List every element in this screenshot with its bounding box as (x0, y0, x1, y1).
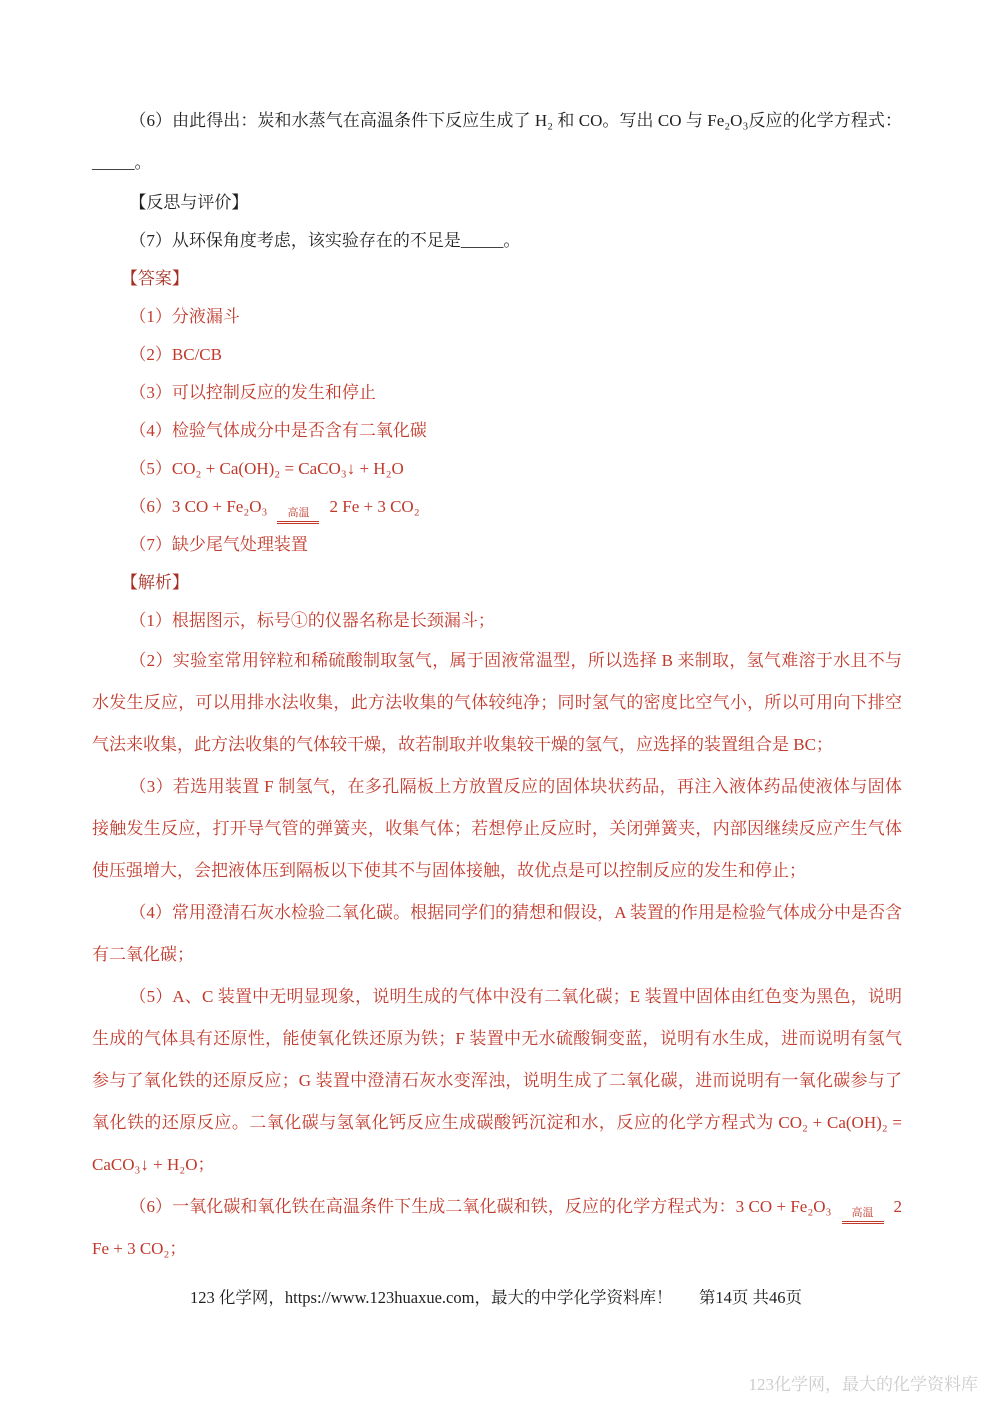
page-footer: 123 化学网，https://www.123huaxue.com，最大的中学化… (0, 1283, 992, 1313)
answer-4: （4）检验气体成分中是否含有二氧化碳 (92, 412, 902, 450)
answer-7: （7）缺少尾气处理装置 (92, 526, 902, 564)
analysis-6-text: （6）一氧化碳和氧化铁在高温条件下生成二氧化碳和铁，反应的化学方程式为：3 CO… (129, 1197, 831, 1216)
condition-label: 高温 (842, 1207, 884, 1224)
analysis-header: 【解析】 (92, 564, 902, 602)
answer-6-equation: （6）3 CO + Fe₂O₃高温2 Fe + 3 CO₂ (92, 488, 902, 526)
page-content: （6）由此得出：炭和水蒸气在高温条件下反应生成了 H₂ 和 CO。写出 CO 与… (92, 100, 902, 1270)
answer-5-equation: （5）CO₂ + Ca(OH)₂ = CaCO₃↓ + H₂O (92, 450, 902, 488)
analysis-6: （6）一氧化碳和氧化铁在高温条件下生成二氧化碳和铁，反应的化学方程式为：3 CO… (92, 1186, 902, 1270)
reflection-evaluation-header: 【反思与评价】 (92, 184, 902, 222)
document-page: （6）由此得出：炭和水蒸气在高温条件下反应生成了 H₂ 和 CO。写出 CO 与… (0, 0, 992, 1403)
answer-section: 【答案】 （1）分液漏斗 （2）BC/CB （3）可以控制反应的发生和停止 （4… (92, 260, 902, 564)
footer-page-number: 第14页 共46页 (699, 1288, 802, 1307)
answer-2: （2）BC/CB (92, 336, 902, 374)
analysis-5: （5）A、C 装置中无明显现象，说明生成的气体中没有二氧化碳；E 装置中固体由红… (92, 976, 902, 1186)
analysis-section: 【解析】 （1）根据图示，标号①的仪器名称是长颈漏斗； （2）实验室常用锌粒和稀… (92, 564, 902, 1270)
equation-right: 2 Fe + 3 CO₂ (329, 497, 419, 516)
analysis-1: （1）根据图示，标号①的仪器名称是长颈漏斗； (92, 602, 902, 640)
analysis-2: （2）实验室常用锌粒和稀硫酸制取氢气，属于固液常温型，所以选择 B 来制取，氢气… (92, 640, 902, 766)
footer-site-info: 123 化学网，https://www.123huaxue.com，最大的中学化… (190, 1288, 672, 1307)
answer-header: 【答案】 (92, 260, 902, 298)
reaction-condition-high-temp: 高温 (842, 1207, 884, 1224)
question-7-text: （7）从环保角度考虑，该实验存在的不足是_____。 (92, 222, 902, 260)
watermark: 123化学网，最大的化学资料库 (749, 1370, 979, 1395)
analysis-4: （4）常用澄清石灰水检验二氧化碳。根据同学们的猜想和假设，A 装置的作用是检验气… (92, 892, 902, 976)
question-6-text: （6）由此得出：炭和水蒸气在高温条件下反应生成了 H₂ 和 CO。写出 CO 与… (92, 100, 902, 184)
answer-3: （3）可以控制反应的发生和停止 (92, 374, 902, 412)
question-section: （6）由此得出：炭和水蒸气在高温条件下反应生成了 H₂ 和 CO。写出 CO 与… (92, 100, 902, 260)
equation-left: （6）3 CO + Fe₂O₃ (129, 497, 267, 516)
analysis-3: （3）若选用装置 F 制氢气，在多孔隔板上方放置反应的固体块状药品，再注入液体药… (92, 766, 902, 892)
answer-1: （1）分液漏斗 (92, 298, 902, 336)
condition-label: 高温 (277, 507, 319, 524)
reaction-condition-high-temp: 高温 (277, 507, 319, 524)
